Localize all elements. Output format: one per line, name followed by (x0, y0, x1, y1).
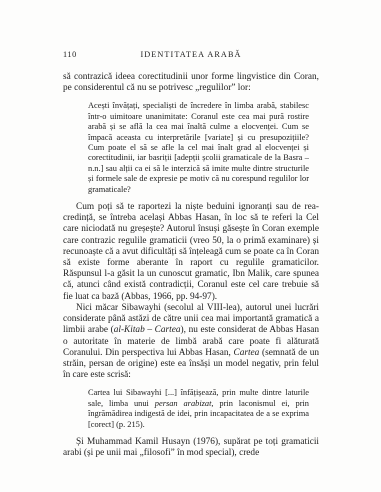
book-page: 110 IDENTITATEA ARABĂ să contrazică idee… (0, 0, 381, 492)
block-quote-1: Acești învățați, specialiști de încreder… (88, 101, 309, 195)
book-title-al-kitab: al-Kitab (114, 325, 145, 335)
paragraph-continuation: să contrazică ideea corectitudinii unor … (63, 72, 319, 94)
paragraph-3: Nici măcar Sibawayhi (secolul al VIII-le… (63, 303, 319, 381)
page-header: 110 IDENTITATEA ARABĂ (63, 50, 319, 62)
block-quote-2: Cartea lui Sibawayhi [...] înfățișează, … (88, 388, 309, 430)
paragraph-2: Cum poți să te raportezi la niște beduin… (63, 202, 319, 303)
book-title-cartea: Cartea (155, 325, 181, 335)
running-title: IDENTITATEA ARABĂ (63, 50, 319, 59)
paragraph-4: Și Muhammad Kamil Husayn (1976), supărat… (63, 437, 319, 459)
emphasis-persan-arabizat: persan arabizat (155, 399, 212, 408)
book-title-cartea: Cartea (234, 348, 260, 358)
paragraph-3-text: – (145, 325, 155, 335)
